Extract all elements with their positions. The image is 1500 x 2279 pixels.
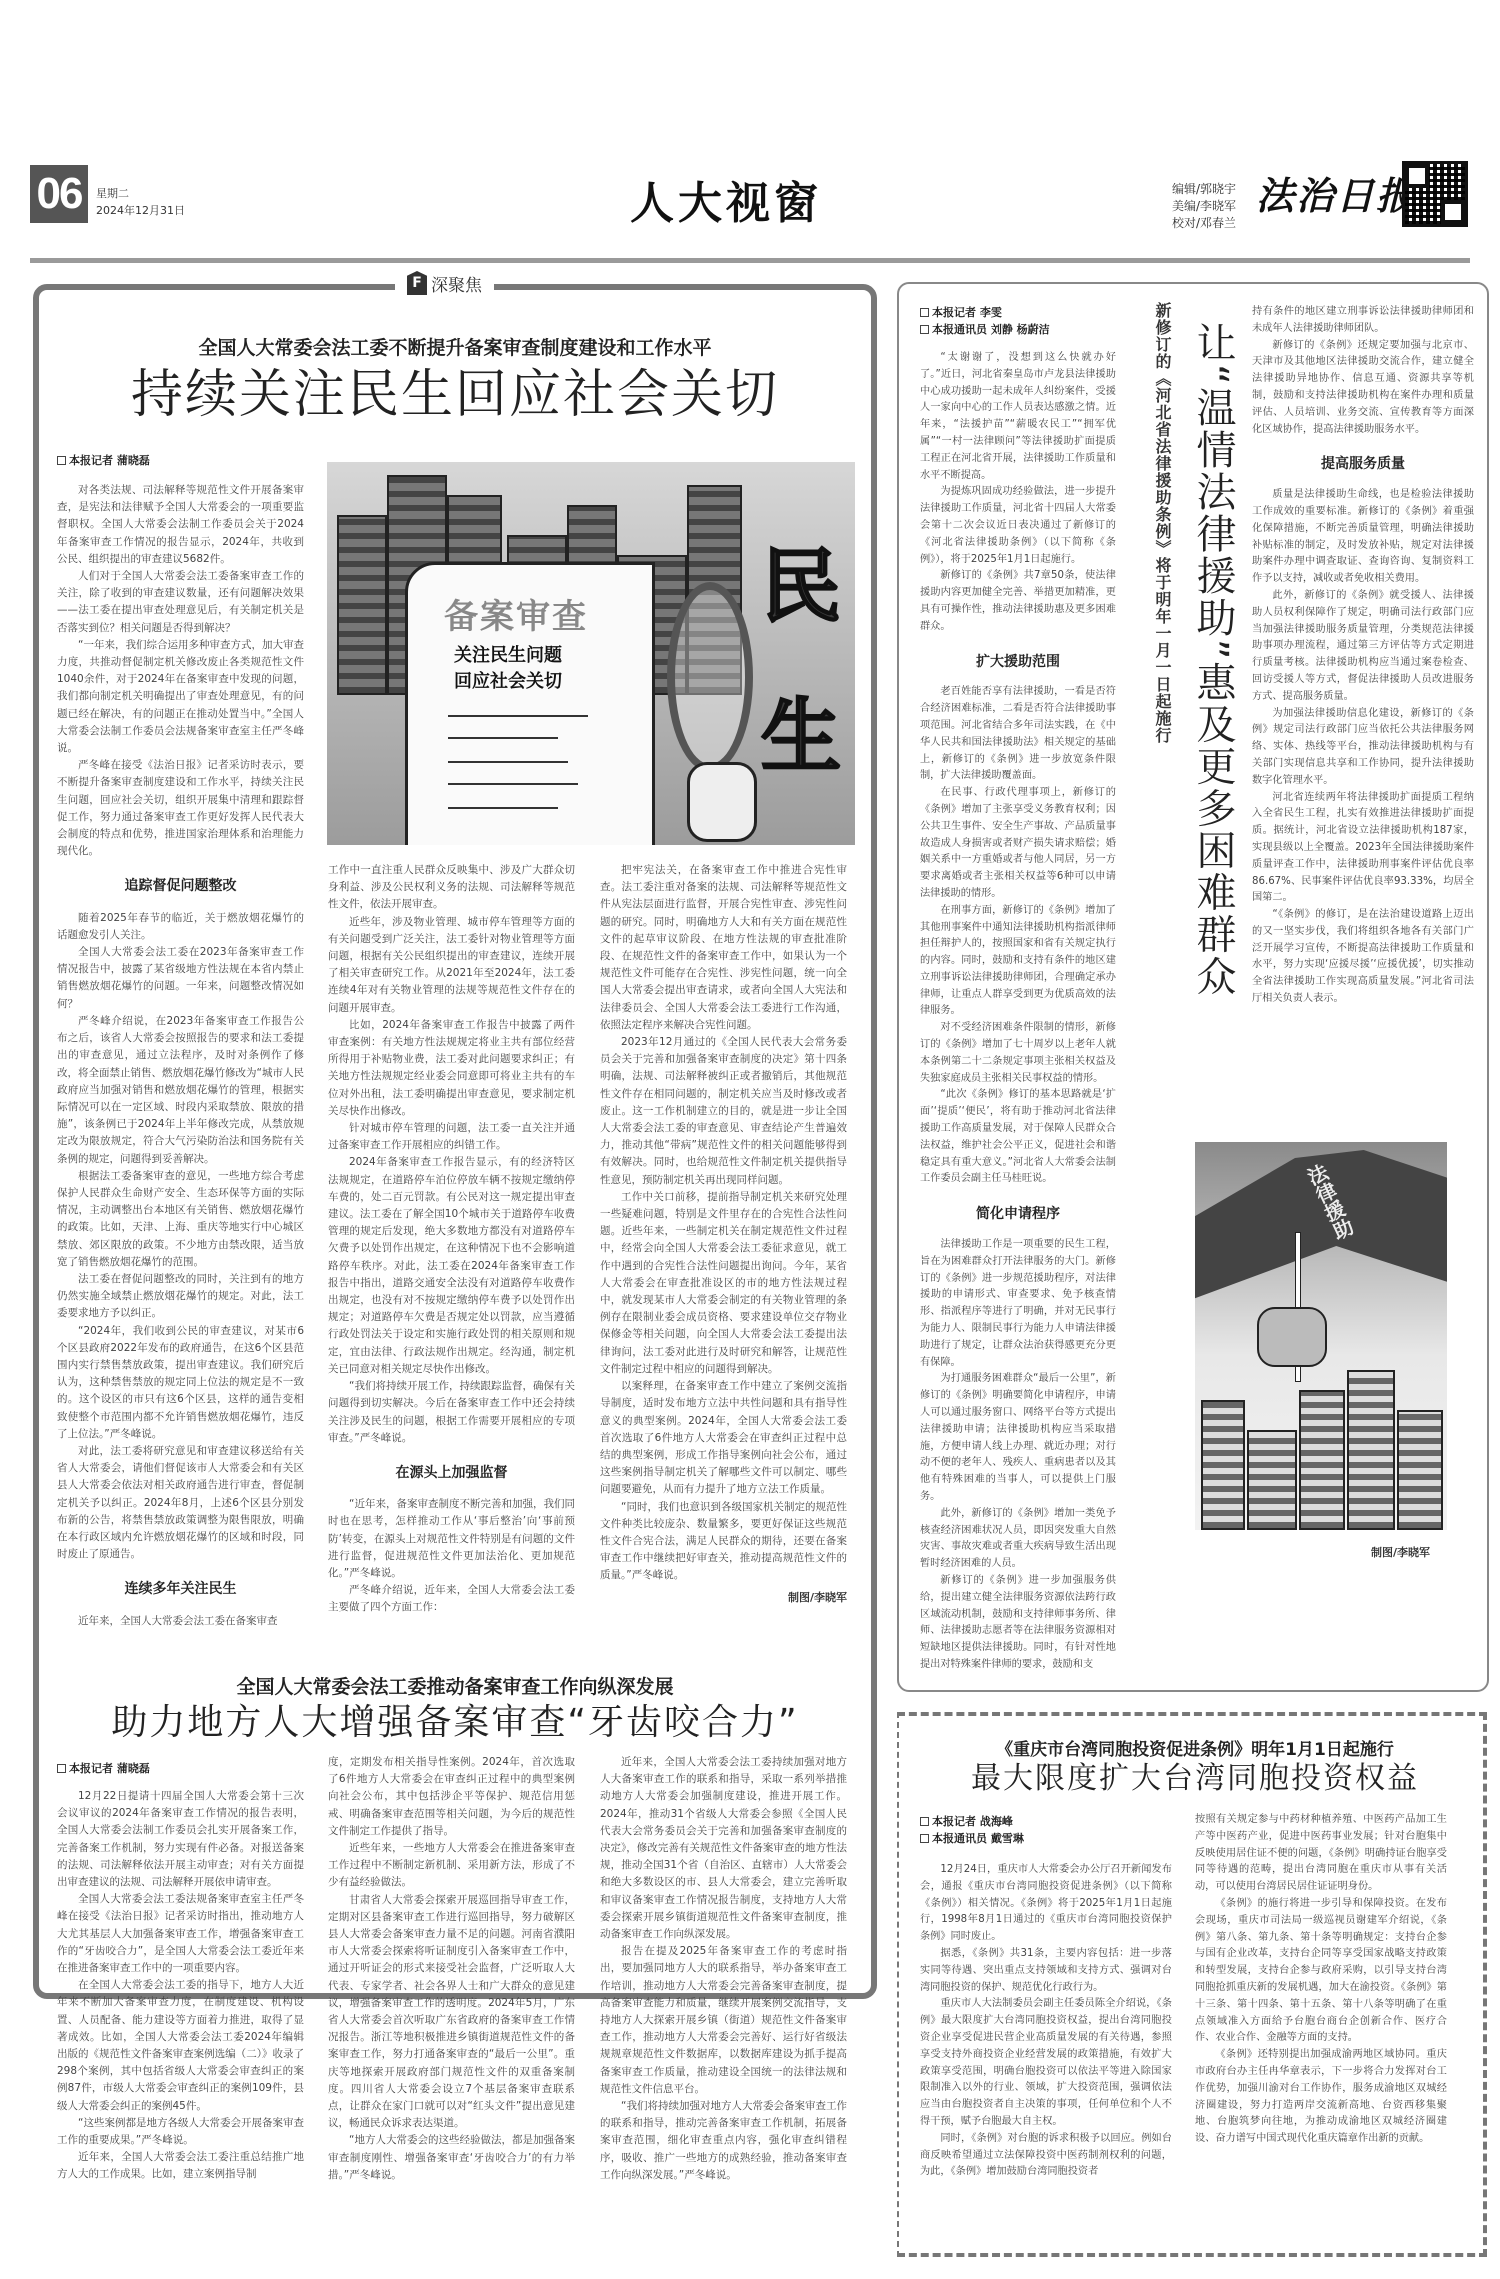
section-subheading: 追踪督促问题整改 [57,878,304,895]
illustration-credit: 制图/李晓军 [1300,1544,1430,1560]
building-icon [1201,1400,1245,1530]
paragraph: “2024年，我们收到公民的审查建议，对某市6个区县政府2022年发布的政府通告… [57,1323,304,1443]
text-line [448,715,588,717]
byline-text: 本报通讯员 戴雪琳 [932,1832,1024,1845]
building-icon [1299,1390,1345,1530]
article1-column-2: 工作中一直注重人民群众反映集中、涉及广大群众切身利益、涉及公民权利义务的法规、司… [328,862,575,1617]
weekday: 星期二 [96,185,185,202]
paragraph: 按照有关规定参与中药材种植养殖、中医药产品加工生产等中医药产业，促进中医药事业发… [1195,1812,1447,1896]
paragraph: 对不受经济困难条件限制的情形，新修订的《条例》增加了七十周岁以上老年人就本条例第… [920,1020,1116,1087]
hand-icon [687,762,757,842]
page-number: 06 [30,165,88,223]
document-subtitle-line: 关注民生问题 [454,643,562,669]
paragraph: 严冬峰在接受《法治日报》记者采访时表示，要不断提升备案审查制度建设和工作水平，持… [57,757,304,860]
paragraph: 度，定期发布相关指导性案例。2024年，首次选取了6件地方人大常委会在审查纠正过… [328,1754,575,1840]
focus-tag-icon: F [407,271,427,295]
paragraph: 工作中关口前移，提前指导制定机关来研究处理一些疑难问题，特别是文件里存在的合宪性… [600,1189,847,1378]
article3-headline: 让“温情法律援助”惠及更多困难群众 [1188,322,1242,997]
article4-headline: 最大限度扩大台湾同胞投资权益 [900,1757,1490,1801]
byline-correspondent: 本报通讯员 戴雪琳 [920,1830,1024,1847]
section-subheading: 连续多年关注民生 [57,1581,304,1598]
paragraph: 此外，新修订的《条例》增加一类免予核查经济困难状况人员，即因突发重大自然灾害、事… [920,1506,1116,1573]
issue-meta: 星期二 2024年12月31日 [96,185,185,219]
paragraph: 老百姓能否享有法律援助，一看是否符合经济困难标准，二看是否符合法律援助事项范围。… [920,684,1116,785]
text-line [448,783,578,785]
paragraph: 对各类法规、司法解释等规范性文件开展备案审查，是宪法和法律赋予全国人大常委会的一… [57,482,304,568]
byline-text: 本报记者 蒲晓磊 [69,1762,150,1775]
text-line [448,807,558,809]
paragraph: “近年来，备案审查制度不断完善和加强，我们同时也在思考，怎样推动工作从‘事后整治… [328,1496,575,1582]
paragraph: 为打通服务困难群众“最后一公里”，新修订的《条例》明确要简化申请程序，申请人可以… [920,1371,1116,1505]
illustration-credit: 制图/李晓军 [600,1589,847,1606]
document-title: 备案审查 [444,589,588,638]
paragraph: 近些年来，一些地方人大常委会在推进备案审查工作过程中不断制定新机制、采用新方法，… [328,1840,575,1892]
issue-date: 2024年12月31日 [96,202,185,219]
section-title: 人大视窗 [630,167,822,231]
big-character: 生 [761,672,841,787]
paragraph: 据悉，《条例》共31条，主要内容包括：进一步落实同等待遇、突出重点支持领域和支持… [920,1946,1172,1996]
byline-reporter: 本报记者 战海峰 [920,1813,1024,1830]
paragraph: 重庆市人大法制委员会副主任委员陈全介绍说，《条例》最大限度扩大台湾同胞投资权益，… [920,1996,1172,2130]
paragraph: 近年来，全国人大常委会法工委注重总结推广地方人大的工作成果。比如，建立案例指导制 [57,2149,304,2183]
paragraph: “此次《条例》修订的基本思路就是‘扩面’‘提质’‘便民’，将有助于推动河北省法律… [920,1087,1116,1188]
article1-headline: 持续关注民生回应社会关切 [55,360,855,430]
paragraph: 持有条件的地区建立刑事诉讼法律援助律师团和未成年人法律援助律师团队。 [1252,304,1474,338]
byline-text: 本报记者 李雯 [932,306,1002,319]
paragraph: 人们对于全国人大常委会法工委备案审查工作的关注，除了收到的审查建议数量，还有问题… [57,568,304,637]
paragraph: 同时，《条例》对台胞的诉求积极予以回应。例如台商反映希望通过立法保障投资中医药制… [920,2131,1172,2181]
paragraph: 随着2025年春节的临近，关于燃放烟花爆竹的话题愈发引人关注。 [57,910,304,944]
paragraph: 根据法工委备案审查的意见，一些地方综合考虑保护人民群众生命财产安全、生态环保等方… [57,1168,304,1271]
byline-reporter: 本报记者 李雯 [920,304,1050,321]
article1-kicker: 全国人大常委会法工委不断提升备案审查制度建设和工作水平 [60,333,850,360]
paragraph: 法工委在督促问题整改的同时，关注到有的地方仍然实施全域禁止燃放烟花爆竹的规定。对… [57,1271,304,1323]
article3-column-2: 持有条件的地区建立刑事诉讼法律援助律师团和未成年人法律援助律师团队。新修订的《条… [1252,304,1474,1008]
paragraph: 在刑事方面，新修订的《条例》增加了其他刑事案件中通知法律援助机构指派律师担任辩护… [920,903,1116,1021]
article4-column-2: 按照有关规定参与中药材种植养殖、中医药产品加工生产等中医药产业，促进中医药事业发… [1195,1812,1447,2148]
paragraph: “一年来，我们综合运用多种审查方式，加大审查力度，共推动督促制定机关修改废止各类… [57,637,304,757]
big-character: 民 [761,522,841,637]
paragraph: 新修订的《条例》共7章50条，使法律援助内容更加健全完善、举措更加精准，更具有可… [920,568,1116,635]
article4-column-1: 12月24日，重庆市人大常委会办公厅召开新闻发布会，通报《重庆市台湾同胞投资促进… [920,1862,1172,2181]
paragraph: “同时，我们也意识到各级国家机关制定的规范性文件种类比较庞杂、数量繁多，要更好保… [600,1499,847,1585]
paragraph: 河北省连续两年将法律援助扩面提质工程纳入全省民生工程，扎实有效推进法律援助扩面提… [1252,790,1474,908]
article4-bylines: 本报记者 战海峰 本报通讯员 戴雪琳 [920,1813,1024,1847]
byline-text: 本报通讯员 刘静 杨蔚洁 [932,323,1050,336]
article1-column-3: 把牢宪法关，在备案审查工作中推进合宪性审查。法工委注重对备案的法规、司法解释等规… [600,862,847,1606]
document-subtitle: 关注民生问题 回应社会关切 [454,643,562,695]
document-subtitle-line: 回应社会关切 [454,669,562,695]
qr-code-icon[interactable] [1402,161,1468,227]
illustration-legal-aid: 法律援助 [1195,1142,1447,1530]
paragraph: 比如，2024年备案审查工作报告中披露了两件审查案例：有关地方性法规规定将业主共… [328,1017,575,1120]
section-subheading: 在源头上加强监督 [328,1465,575,1482]
byline-text: 本报记者 蒲晓磊 [69,454,150,467]
section-subheading: 简化申请程序 [920,1206,1116,1223]
masthead-divider [30,258,1470,263]
paragraph: 严冬峰介绍说，近年来，全国人大常委会法工委主要做了四个方面工作： [328,1582,575,1616]
building-icon [337,515,387,695]
paragraph: “我们将持续加强对地方人大常委会备案审查工作的联系和指导，推动完善备案审查工作机… [600,2098,847,2184]
paragraph: 甘肃省人大常委会探索开展巡回指导审查工作，定期对区县备案审查工作进行巡回指导，努… [328,1892,575,2133]
paper-logo: 法治日报 [1256,165,1416,220]
article2-byline: 本报记者 蒲晓磊 [57,1760,150,1777]
article1-byline: 本报记者 蒲晓磊 [57,452,150,469]
paragraph: 对此，法工委将研究意见和审查建议移送给有关省人大常委会，请他们督促该市人大常委会… [57,1443,304,1563]
paragraph: 12月24日，重庆市人大常委会办公厅召开新闻发布会，通报《重庆市台湾同胞投资促进… [920,1862,1172,1946]
paragraph: 为加强法律援助信息化建设，新修订的《条例》规定司法行政部门应当依托公共法律服务网… [1252,706,1474,790]
paragraph: 近些年，涉及物业管理、城市停车管理等方面的有关问题受到广泛关注，法工委针对物业管… [328,914,575,1017]
paragraph: “我们将持续开展工作，持续跟踪监督，确保有关问题得到切实解决。今后在备案审查工作… [328,1378,575,1447]
paragraph: “这些案例都是地方各级人大常委会开展备案审查工作的重要成果。”严冬峰说。 [57,2115,304,2149]
paragraph: “《条例》的修订，是在法治建设道路上迈出的又一坚实步伐，我们将组织各地各有关部门… [1252,907,1474,1008]
building-icon [1247,1430,1297,1530]
article2-column-3: 近年来，全国人大常委会法工委持续加强对地方人大备案审查工作的联系和指导，采取一系… [600,1754,847,2184]
paragraph: 在民事、行政代理事项上，新修订的《条例》增加了主张享受义务教育权利；因公共卫生事… [920,785,1116,903]
proofreader: 校对/邓春兰 [1172,215,1236,232]
building-icon [1397,1410,1443,1530]
article2-column-2: 度，定期发布相关指导性案例。2024年，首次选取了6件地方人大常委会在审查纠正过… [328,1754,575,2184]
paragraph: 近年来，全国人大常委会法工委持续加强对地方人大备案审查工作的联系和指导，采取一系… [600,1754,847,1943]
text-line [448,761,568,763]
masthead: 06 星期二 2024年12月31日 人大视窗 编辑/郭晓宇 美编/李晓军 校对… [30,165,1470,255]
paragraph: 此外，新修订的《条例》就受援人、法律援助人员权利保障作了规定，明确司法行政部门应… [1252,588,1474,706]
feature-tag: F 深聚焦 [395,268,494,298]
paragraph: 以案释理，在备案审查工作中建立了案例交流指导制度，适时发布地方立法中共性问题和具… [600,1378,847,1498]
paragraph: 把牢宪法关，在备案审查工作中推进合宪性审查。法工委注重对备案的法规、司法解释等规… [600,862,847,1034]
paragraph: 严冬峰介绍说，在2023年备案审查工作报告公布之后，该省人大常委会按照报告的要求… [57,1013,304,1168]
document-icon: 备案审查 关注民生问题 回应社会关切 [405,562,655,845]
editor: 编辑/郭晓宇 [1172,181,1236,198]
paragraph: 《条例》还特别提出加强成渝两地区域协同。重庆市政府台办主任冉华章表示，下一步将合… [1195,2047,1447,2148]
building-icon [1347,1370,1395,1530]
feature-tag-label: 深聚焦 [431,271,482,296]
paragraph: 法律援助工作是一项重要的民生工程，旨在为困难群众打开法律服务的大门。新修订的《条… [920,1237,1116,1371]
paragraph: 2023年12月通过的《全国人民代表大会常务委员会关于完善和加强备案审查制度的决… [600,1034,847,1189]
section-subheading: 提高服务质量 [1252,456,1474,473]
art-editor: 美编/李晓军 [1172,198,1236,215]
paragraph: 近年来，全国人大常委会法工委在备案审查 [57,1613,304,1630]
article2-headline: 助力地方人大增强备案审查“牙齿咬合力” [55,1697,855,1749]
paragraph: 全国人大常委会法工委法规备案审查室主任严冬峰在接受《法治日报》记者采访时指出，推… [57,1891,304,1977]
byline-text: 本报记者 战海峰 [932,1815,1013,1828]
magnifying-glass-icon [667,582,753,772]
paragraph: 新修订的《条例》还规定要加强与北京市、天津市及其他地区法律援助交流合作，建立健全… [1252,338,1474,439]
staff-credits: 编辑/郭晓宇 美编/李晓军 校对/邓春兰 [1172,181,1236,232]
illustration-filing-review: 备案审查 关注民生问题 回应社会关切 民 生 [327,462,855,845]
paragraph: 《条例》的施行将进一步引导和保障投资。在发布会现场，重庆市司法局一级巡视员谢建军… [1195,1896,1447,2047]
paragraph: 针对城市停车管理的问题，法工委一直关注并通过备案审查工作开展相应的纠错工作。 [328,1120,575,1154]
paragraph: 新修订的《条例》进一步加强服务供给，提出建立健全法律服务资源依法跨行政区域流动机… [920,1573,1116,1674]
paragraph: 报告在提及2025年备案审查工作的考虑时指出，要加强同地方人大的联系指导，举办备… [600,1943,847,2098]
article2-column-1: 12月22日提请十四届全国人大常委会第十三次会议审议的2024年备案审查工作情况… [57,1788,304,2184]
paragraph: 2024年备案审查工作报告显示，有的经济特区法规规定，在道路停车泊位停放车辆不按… [328,1154,575,1378]
paragraph: 工作中一直注重人民群众反映集中、涉及广大群众切身利益、涉及公民权利义务的法规、司… [328,862,575,914]
paragraph: 全国人大常委会法工委在2023年备案审查工作情况报告中，披露了某省级地方性法规在… [57,944,304,1013]
hand-icon [1257,1307,1327,1367]
article3-bylines: 本报记者 李雯 本报通讯员 刘静 杨蔚洁 [920,304,1050,338]
article3-subheadline: 新修订的《河北省法律援助条例》将于明年一月一日起施行 [1148,302,1174,744]
paragraph: “太谢谢了，没想到这么快就办好了。”近日，河北省秦皇岛市卢龙县法律援助中心成功援… [920,350,1116,484]
article3-column-1: “太谢谢了，没想到这么快就办好了。”近日，河北省秦皇岛市卢龙县法律援助中心成功援… [920,350,1116,1674]
paragraph: “地方人大常委会的这些经验做法，都是加强备案审查制度刚性、增强备案审查‘牙齿咬合… [328,2132,575,2184]
article2-kicker: 全国人大常委会法工委推动备案审查工作向纵深发展 [60,1672,850,1699]
section-subheading: 扩大援助范围 [920,654,1116,671]
paragraph: 在全国人大常委会法工委的指导下，地方人大近年来不断加大备案审查力度，在制度建设、… [57,1977,304,2115]
byline-correspondent: 本报通讯员 刘静 杨蔚洁 [920,321,1050,338]
paragraph: 质量是法律援助生命线，也是检验法律援助工作成效的重要标准。新修订的《条例》着重强… [1252,487,1474,588]
article1-column-1: 对各类法规、司法解释等规范性文件开展备案审查，是宪法和法律赋予全国人大常委会的一… [57,482,304,1630]
paragraph: 12月22日提请十四届全国人大常委会第十三次会议审议的2024年备案审查工作情况… [57,1788,304,1891]
text-line [448,737,558,739]
paragraph: 为提炼巩固成功经验做法，进一步提升法律援助工作质量，河北省十四届人大常委会第十二… [920,484,1116,568]
